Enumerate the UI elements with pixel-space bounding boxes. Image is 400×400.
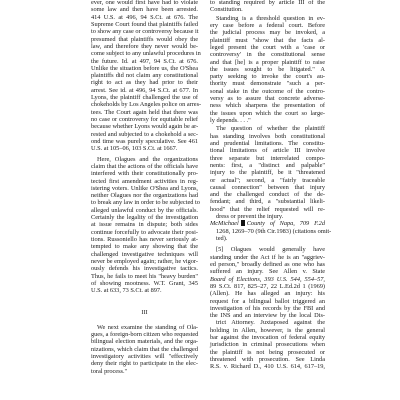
section-gap — [91, 295, 198, 309]
text-line: no case or controversy for equitable rel… — [91, 116, 198, 123]
text-line: tempted to make any showing that the — [91, 243, 198, 250]
text-line: tions. Russoniello has never seriously a… — [91, 236, 198, 243]
text-line: neither Olagues nor the organizations ha… — [91, 192, 198, 199]
text-line: R.S. v. Richard D., 410 U.S. 614, 617–19… — [210, 363, 325, 370]
text-line: and the challenged conduct of the de- — [210, 191, 325, 198]
text-line: at issue remains in dispute; both sides — [91, 221, 198, 228]
text-line: right to act as they had prior to their — [91, 79, 198, 86]
text-line: ly depends. . . ." — [210, 117, 325, 124]
text-line: some law and then have been arrested. — [91, 6, 198, 13]
text-line: injury to the plaintiff, be it "threaten… — [210, 169, 325, 176]
text-line: ted). — [210, 235, 325, 242]
text-line: threatened with prosecution. See Linda — [210, 356, 325, 363]
text-line: three separate but interrelated compo- — [210, 155, 325, 162]
text-line: come subject to any unlawful procedures … — [91, 50, 198, 57]
text-line: never be employed again; rather, he vigo… — [91, 258, 198, 265]
text-line: continue forcefully to advocate their po… — [91, 229, 198, 236]
text-line: dress or prevent the injury. — [210, 213, 325, 220]
section-gap — [91, 316, 198, 324]
text-line: leged present the court with a 'case or — [210, 44, 325, 51]
text-line: interfered with their constitutionally p… — [91, 170, 198, 177]
text-line: hood" that the relief requested will re- — [210, 206, 325, 213]
text-line: 414 U.S. at 496, 94 S.Ct. at 676. The — [91, 14, 198, 21]
text-line: suffered an injury. See Allen v. State — [210, 268, 325, 275]
text-line: to break any law in order to be subjecte… — [91, 199, 198, 206]
text-line: because whether Lyons would again be ar- — [91, 123, 198, 130]
paragraph-standing-threshold: Standing is a threshold question in ev- … — [210, 15, 325, 125]
text-line: nents: first, a "distinct and palpable" — [210, 162, 325, 169]
text-line: law, and therefore they never would be- — [91, 43, 198, 50]
text-line: ness which sharpens the presentation of — [210, 102, 325, 109]
text-line: plaintiffs did not claim any constitutio… — [91, 72, 198, 79]
text-line: tional limitations of article III involv… — [210, 147, 325, 154]
text-line: ed person," broadly defined as one who h… — [210, 261, 325, 268]
section-heading: III — [91, 309, 198, 316]
text-line: Here, Olagues and the organizations — [91, 156, 198, 163]
text-line: Constitution. — [210, 6, 325, 13]
citation-mcmichael: McMichaelCounty of Napa, 709 F.2d 1268, … — [210, 220, 325, 242]
text-line: Board of Elections, 393 U.S. 544, 554–57… — [210, 276, 325, 283]
text-line: has standing involves both constitutiona… — [210, 133, 325, 140]
text-line: nizations, which claim that the challeng… — [91, 346, 198, 353]
text-line: Certainly the legality of the investigat… — [91, 214, 198, 221]
text-line: gues, a foreign-born citizen who request… — [91, 331, 198, 338]
text-line: Unlike the situation before us, the O'Sh… — [91, 65, 198, 72]
text-line: rested and subjected to a chokehold a se… — [91, 131, 198, 138]
text-line: or actual"; second, a "fairly traceable — [210, 177, 325, 184]
text-line: 1268, 1269–70 (9th Cir.1983) (citations … — [210, 228, 325, 235]
text-line: The question of whether the plaintiff — [210, 125, 325, 132]
right-column: to standing required by article III of t… — [210, 0, 325, 371]
text-line: investigation of his records by the FBI … — [210, 305, 325, 312]
text-line: sonal stake in the outcome of the contro… — [210, 88, 325, 95]
text-line: istering voters. Unlike O'Shea and Lyons… — [91, 185, 198, 192]
document-page: ever, one would first have had to violat… — [0, 0, 400, 400]
text-line: challenged investigative techniques will — [91, 251, 198, 258]
text-line: 89 S.Ct. 817, 825–27, 22 L.Ed.2d 1 (1969… — [210, 283, 325, 290]
text-line: [5] Olagues would generally have — [210, 246, 325, 253]
citation-county: County of Napa, 709 F.2d — [247, 220, 325, 227]
text-line: U.S. at 105–06, 103 S.Ct. at 1667. — [91, 145, 198, 152]
text-line: toral process." — [91, 368, 198, 375]
text-line: U.S. at 633, 73 S.Ct. at 897. — [91, 287, 198, 294]
paragraph-here-olagues: Here, Olagues and the organizations clai… — [91, 156, 198, 295]
text-line: arrest. See id. at 496, 94 S.Ct. at 677.… — [91, 87, 198, 94]
left-column: ever, one would first have had to violat… — [91, 0, 198, 375]
text-line: bilingual election materials, and the or… — [91, 338, 198, 345]
text-line: and prudential limitations. The constitu… — [210, 140, 325, 147]
paragraph-olagues-standing: [5] Olagues would generally have standin… — [210, 246, 325, 370]
text-line: holding in Allen, however, is the genera… — [210, 327, 325, 334]
text-line: causal connection" between that injury — [210, 184, 325, 191]
paragraph-article-iii: to standing required by article III of t… — [210, 0, 325, 14]
text-line: bar against the invocation of federal eq… — [210, 334, 325, 341]
text-line: Standing is a threshold question in ev- — [210, 15, 325, 22]
text-line: ously defends his investigative tactics. — [91, 265, 198, 272]
text-line: We next examine the standing of Ola- — [91, 324, 198, 331]
citation-party: McMichael — [210, 220, 239, 227]
text-line: ond time was purely speculative. See 461 — [91, 138, 198, 145]
text-line: fendant; and third, a "substantial likel… — [210, 198, 325, 205]
text-line: versy as to assure that concrete adverse… — [210, 95, 325, 102]
text-line: of showing mootness. W.T. Grant, 345 — [91, 280, 198, 287]
text-line: trict Attorney. Juxtaposed against the — [210, 319, 325, 326]
text-line: presumed that plaintiffs would obey the — [91, 36, 198, 43]
redaction-mark — [241, 220, 245, 226]
paragraph-question-of-standing: The question of whether the plaintiff ha… — [210, 125, 325, 220]
text-line: ery case before a federal court. Before — [210, 22, 325, 29]
text-line: investigatory activities will "effective… — [91, 353, 198, 360]
text-line: deny their right to participate in the e… — [91, 360, 198, 367]
text-line: request for a bilingual ballot triggered… — [210, 298, 325, 305]
text-line: the INS and an interview by the local Di… — [210, 312, 325, 319]
text-line: chokeholds by Los Angeles police on arre… — [91, 101, 198, 108]
text-line: Supreme Court found that plaintiffs fail… — [91, 21, 198, 28]
paragraph-next-examine: We next examine the standing of Ola- gue… — [91, 324, 198, 375]
text-line: Lyons, the plaintiff challenged the use … — [91, 94, 198, 101]
text-line: McMichaelCounty of Napa, 709 F.2d — [210, 220, 325, 227]
text-line: Thus, he fails to meet his "heavy burden… — [91, 273, 198, 280]
text-line: the judicial process may be invoked, a — [210, 29, 325, 36]
text-line: tected first amendment activities in reg… — [91, 178, 198, 185]
text-line: and that [he] is a proper plaintiff to r… — [210, 59, 325, 66]
text-line: thority must demonstrate "such a per- — [210, 80, 325, 87]
text-line: standing under the Act if he is an "aggr… — [210, 254, 325, 261]
text-line: the issues upon which the court so large… — [210, 110, 325, 117]
text-line: the issues sought to be litigated." A — [210, 66, 325, 73]
text-line: tees. The Court again held that there wa… — [91, 109, 198, 116]
text-line: alleged unlawful conduct by the official… — [91, 207, 198, 214]
text-line: controversy' in the constitutional sense — [210, 51, 325, 58]
text-line: to show any case or controversy because … — [91, 28, 198, 35]
text-line: (Allen). He has alleged an injury: his — [210, 290, 325, 297]
text-line: party seeking to invoke the court's au- — [210, 73, 325, 80]
text-line: plaintiff must "show that the facts al- — [210, 37, 325, 44]
text-line: jurisdiction in criminal prosecutions wh… — [210, 341, 325, 348]
paragraph-oshea-lyons: ever, one would first have had to violat… — [91, 0, 198, 153]
text-line: the future. Id. at 497, 94 S.Ct. at 676. — [91, 58, 198, 65]
text-line: claim that the actions of the officials … — [91, 163, 198, 170]
text-line: the plaintiff is not being prosecuted or — [210, 349, 325, 356]
